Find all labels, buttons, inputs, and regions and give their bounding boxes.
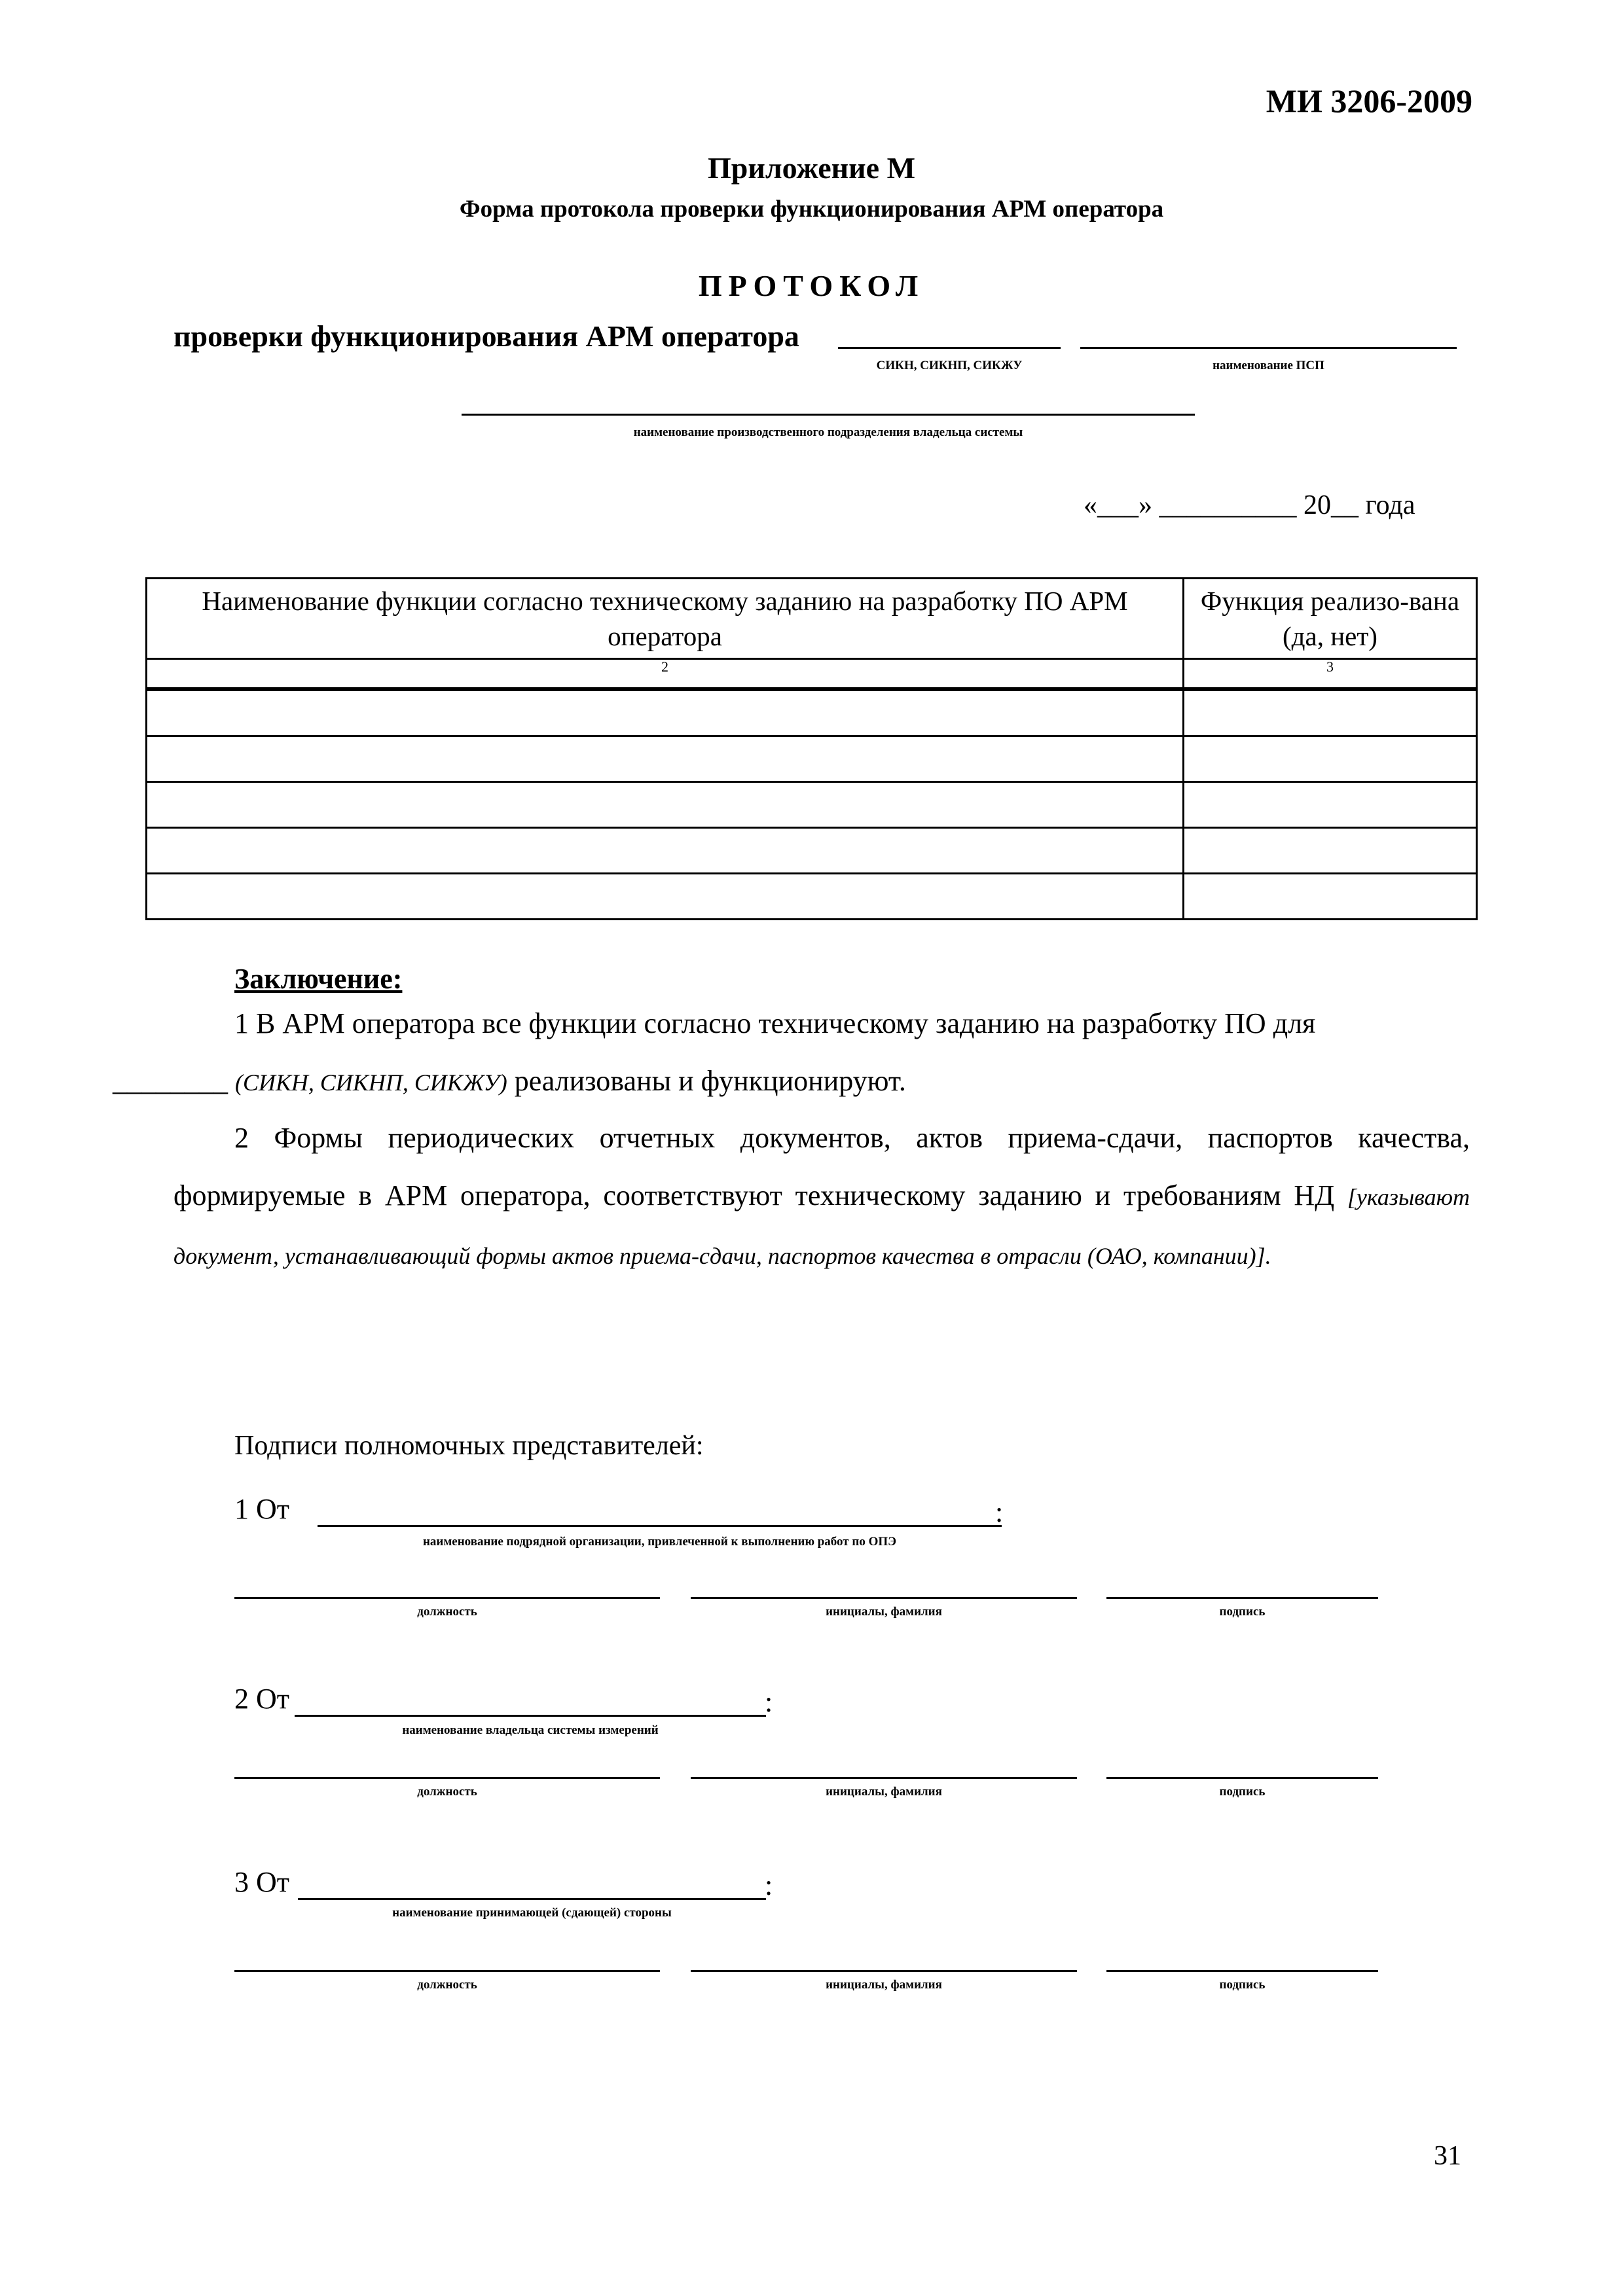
party-3-initials-field[interactable] <box>691 1970 1077 1972</box>
system-type-hint: (СИКН, СИКНП, СИКЖУ) <box>235 1069 507 1096</box>
conclusion-item-2-text: 2 Формы периодических отчетных документо… <box>173 1122 1470 1211</box>
party-2-caption: наименование владельца системы измерений <box>295 1723 766 1738</box>
signatures-heading: Подписи полномочных представителей: <box>234 1430 704 1462</box>
party-2-signature-field[interactable] <box>1106 1777 1378 1779</box>
conclusion-item-1-tail: реализованы и функционируют. <box>515 1065 906 1097</box>
system-blank-field[interactable]: ________ <box>113 1065 228 1097</box>
function-cell[interactable] <box>147 689 1184 736</box>
position-caption: должность <box>234 1785 660 1799</box>
implemented-cell[interactable] <box>1184 828 1477 874</box>
conclusion-item-1: 1 В АРМ оператора все функции согласно т… <box>173 995 1470 1111</box>
function-cell[interactable] <box>147 874 1184 920</box>
table-row <box>147 828 1477 874</box>
header-implemented: Функция реализо-вана (да, нет) <box>1184 579 1477 659</box>
page-number: 31 <box>1434 2140 1461 2172</box>
party-1-caption: наименование подрядной организации, прив… <box>318 1535 1002 1549</box>
party-2-initials-field[interactable] <box>691 1777 1077 1779</box>
position-caption: должность <box>234 1978 660 1992</box>
party-2-position-field[interactable] <box>234 1777 660 1779</box>
psp-name-caption: наименование ПСП <box>1080 359 1457 373</box>
header-function-name: Наименование функции согласно техническо… <box>147 579 1184 659</box>
signature-caption: подпись <box>1106 1978 1378 1992</box>
party-3-name-field[interactable] <box>298 1898 766 1900</box>
functions-table: Наименование функции согласно техническо… <box>145 577 1478 920</box>
signature-caption: подпись <box>1106 1785 1378 1799</box>
protocol-subtitle: проверки функционирования АРМ оператора <box>173 319 799 353</box>
table-row <box>147 874 1477 920</box>
conclusion-heading: Заключение: <box>234 962 402 996</box>
function-cell[interactable] <box>147 782 1184 828</box>
table-row <box>147 736 1477 782</box>
party-2-label: 2 От <box>234 1682 289 1715</box>
table-row <box>147 782 1477 828</box>
party-2-name-field[interactable] <box>295 1715 766 1717</box>
implemented-cell[interactable] <box>1184 689 1477 736</box>
appendix-title: Приложение М <box>0 151 1623 185</box>
column-number: 3 <box>1184 659 1477 690</box>
division-name-caption: наименование производственного подраздел… <box>462 425 1195 440</box>
protocol-title: ПРОТОКОЛ <box>0 268 1623 303</box>
implemented-cell[interactable] <box>1184 874 1477 920</box>
function-cell[interactable] <box>147 828 1184 874</box>
implemented-cell[interactable] <box>1184 782 1477 828</box>
party-1-label: 1 От <box>234 1492 289 1526</box>
division-name-field[interactable] <box>462 414 1195 416</box>
initials-caption: инициалы, фамилия <box>691 1785 1077 1799</box>
party-1-signature-field[interactable] <box>1106 1597 1378 1599</box>
system-type-caption: СИКН, СИКНП, СИКЖУ <box>838 359 1061 373</box>
party-1-position-field[interactable] <box>234 1597 660 1599</box>
party-3-label: 3 От <box>234 1865 289 1899</box>
function-cell[interactable] <box>147 736 1184 782</box>
party-3-caption: наименование принимающей (сдающей) сторо… <box>298 1906 766 1920</box>
position-caption: должность <box>234 1605 660 1619</box>
form-title: Форма протокола проверки функционировани… <box>0 195 1623 223</box>
column-number: 2 <box>147 659 1184 690</box>
party-3-signature-field[interactable] <box>1106 1970 1378 1972</box>
psp-name-field[interactable] <box>1080 347 1457 349</box>
party-1-name-field[interactable] <box>318 1525 1002 1527</box>
protocol-date[interactable]: «___» __________ 20__ года <box>1084 490 1415 521</box>
conclusion-item-1-text: 1 В АРМ оператора все функции согласно т… <box>234 1007 1315 1039</box>
initials-caption: инициалы, фамилия <box>691 1978 1077 1992</box>
table-row <box>147 689 1477 736</box>
conclusion-item-2: 2 Формы периодических отчетных документо… <box>173 1109 1470 1285</box>
implemented-cell[interactable] <box>1184 736 1477 782</box>
initials-caption: инициалы, фамилия <box>691 1605 1077 1619</box>
party-1-initials-field[interactable] <box>691 1597 1077 1599</box>
system-type-field[interactable] <box>838 347 1061 349</box>
signature-caption: подпись <box>1106 1605 1378 1619</box>
party-3-position-field[interactable] <box>234 1970 660 1972</box>
document-id: МИ 3206-2009 <box>1266 82 1472 120</box>
